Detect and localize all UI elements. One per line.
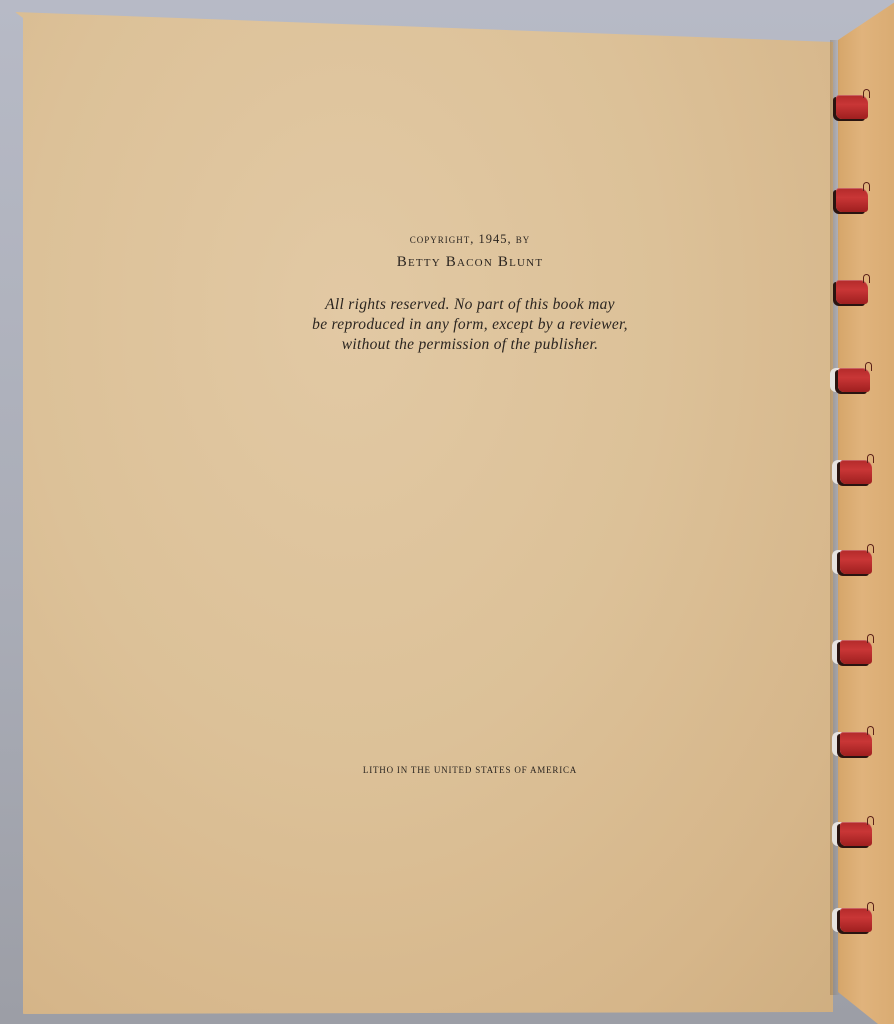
binding-ring (840, 822, 872, 846)
binding-ring (836, 280, 868, 304)
binding-ring (836, 95, 868, 119)
printing-imprint: LITHO IN THE UNITED STATES OF AMERICA (250, 765, 690, 775)
binding-ring (840, 640, 872, 664)
book-page (15, 12, 845, 1014)
rights-line-1: All rights reserved. No part of this boo… (250, 295, 690, 315)
binding-ring (840, 550, 872, 574)
author-name: Betty Bacon Blunt (250, 254, 690, 271)
binding-ring (836, 188, 868, 212)
back-cover (838, 0, 894, 1024)
binding-ring (840, 732, 872, 756)
binding-ring (840, 908, 872, 932)
page-edge-shadow (830, 40, 840, 995)
copyright-line: copyright, 1945, by (250, 232, 690, 247)
rights-line-3: without the permission of the publisher. (250, 335, 690, 355)
binding-ring (840, 460, 872, 484)
rights-statement: All rights reserved. No part of this boo… (250, 295, 690, 355)
rights-line-2: be reproduced in any form, except by a r… (250, 315, 690, 335)
binding-ring (838, 368, 870, 392)
